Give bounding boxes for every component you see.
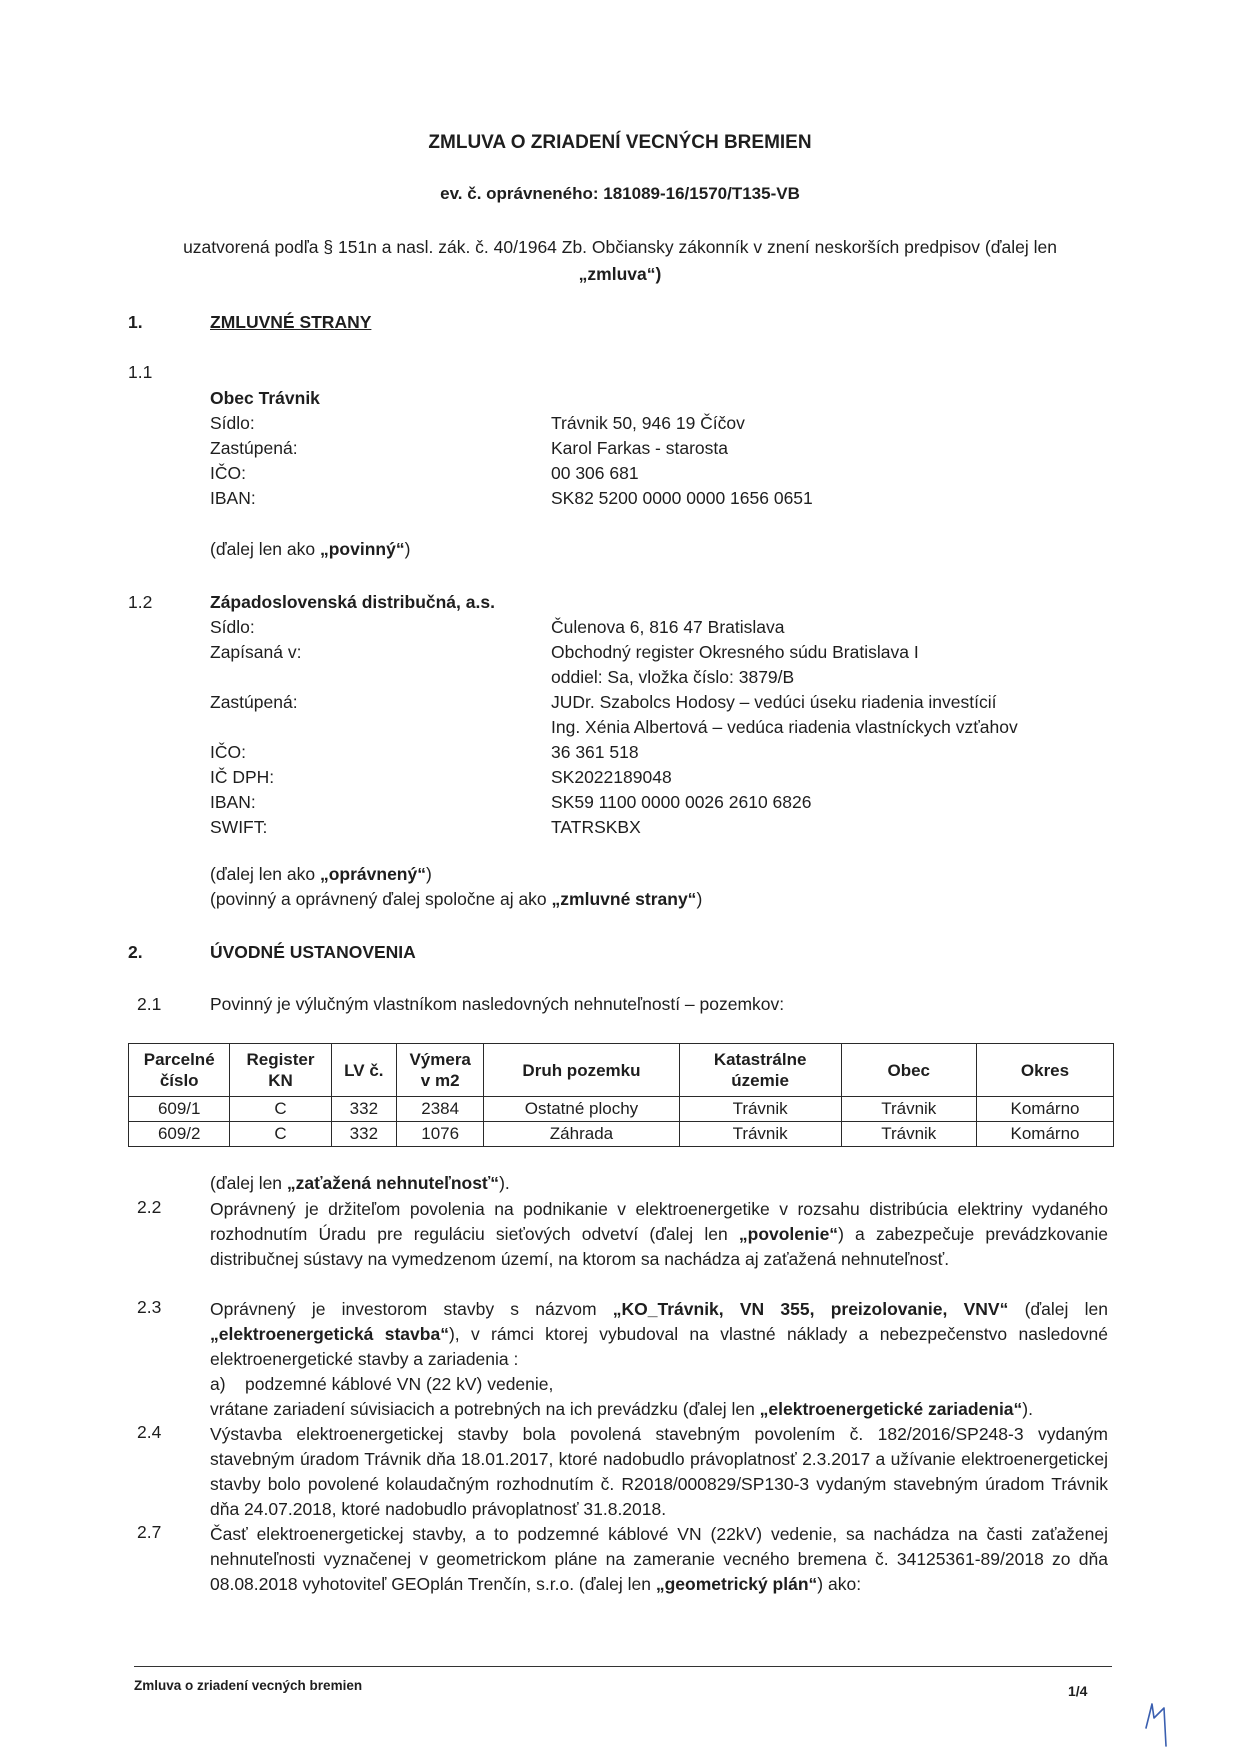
party-1-number: 1.1 <box>128 362 152 383</box>
table-cell: 609/1 <box>129 1097 230 1122</box>
section-1-number: 1. <box>128 312 143 333</box>
party-2-field-value: SK2022189048 <box>551 767 672 788</box>
table-cell: Trávnik <box>841 1122 976 1147</box>
paragraph-2-1-number: 2.1 <box>137 994 161 1015</box>
party-1-field-value: Trávnik 50, 946 19 Číčov <box>551 413 745 434</box>
footer-document-name: Zmluva o zriadení vecných bremien <box>134 1678 362 1693</box>
column-header: Druh pozemku <box>484 1044 680 1097</box>
party-2-name: Západoslovenská distribučná, a.s. <box>210 592 495 613</box>
paragraph-2-4-text: Výstavba elektroenergetickej stavby bola… <box>210 1422 1108 1522</box>
column-header: Okres <box>977 1044 1114 1097</box>
party-2-field-label: IBAN: <box>210 792 256 813</box>
after-table-note: (ďalej len „zaťažená nehnuteľnosť“). <box>210 1173 510 1194</box>
party-1-alias: (ďalej len ako „povinný“) <box>210 539 410 560</box>
party-2-field-value: Obchodný register Okresného súdu Bratisl… <box>551 642 919 663</box>
paragraph-2-3-number: 2.3 <box>137 1297 161 1318</box>
column-header: Parcelnéčíslo <box>129 1044 230 1097</box>
initials-signature-icon <box>1140 1700 1180 1753</box>
column-header: Katastrálneúzemie <box>679 1044 841 1097</box>
paragraph-2-7-number: 2.7 <box>137 1522 161 1543</box>
paragraph-2-4-number: 2.4 <box>137 1422 161 1443</box>
party-2-field-value: 36 361 518 <box>551 742 639 763</box>
party-1-field-value: Karol Farkas - starosta <box>551 438 728 459</box>
alias-zmluvne-strany: „zmluvné strany“ <box>552 889 697 909</box>
footer-divider <box>134 1666 1112 1667</box>
party-2-field-label: Zapísaná v: <box>210 642 301 663</box>
party-1-field-value: 00 306 681 <box>551 463 639 484</box>
table-cell: C <box>230 1097 331 1122</box>
column-header: LV č. <box>331 1044 397 1097</box>
party-1-field-label: IBAN: <box>210 488 256 509</box>
parcels-table-header: ParcelnéčísloRegisterKNLV č.Výmerav m2Dr… <box>129 1044 1114 1097</box>
party-2-field-value: SK59 1100 0000 0026 2610 6826 <box>551 792 811 813</box>
table-cell: Trávnik <box>679 1122 841 1147</box>
party-1-field-label: Sídlo: <box>210 413 255 434</box>
party-2-field-value: TATRSKBX <box>551 817 641 838</box>
paragraph-2-2-text: Oprávnený je držiteľom povolenia na podn… <box>210 1197 1108 1272</box>
column-header: Výmerav m2 <box>397 1044 484 1097</box>
table-cell: 332 <box>331 1097 397 1122</box>
table-cell: C <box>230 1122 331 1147</box>
table-cell: Komárno <box>977 1097 1114 1122</box>
registration-number: ev. č. oprávneného: 181089-16/1570/T135-… <box>0 184 1240 204</box>
paragraph-2-1-text: Povinný je výlučným vlastníkom nasledovn… <box>210 994 784 1015</box>
parcels-table: ParcelnéčísloRegisterKNLV č.Výmerav m2Dr… <box>128 1043 1114 1147</box>
party-1-name: Obec Trávnik <box>210 388 320 409</box>
table-cell: 609/2 <box>129 1122 230 1147</box>
document-title: ZMLUVA O ZRIADENÍ VECNÝCH BREMIEN <box>0 132 1240 154</box>
party-1-field-value: SK82 5200 0000 0000 1656 0651 <box>551 488 813 509</box>
table-cell: Ostatné plochy <box>484 1097 680 1122</box>
party-2-field-label: IČ DPH: <box>210 767 274 788</box>
party-2-field-value: oddiel: Sa, vložka číslo: 3879/B <box>551 667 794 688</box>
page-number: 1/4 <box>1068 1683 1087 1699</box>
table-cell: Trávnik <box>679 1097 841 1122</box>
paragraph-2-3-text: Oprávnený je investorom stavby s názvom … <box>210 1297 1108 1422</box>
column-header: Obec <box>841 1044 976 1097</box>
column-header: RegisterKN <box>230 1044 331 1097</box>
section-2-number: 2. <box>128 942 143 963</box>
intro-line-1: uzatvorená podľa § 151n a nasl. zák. č. … <box>150 234 1090 261</box>
joint-alias: (povinný a oprávnený ďalej spoločne aj a… <box>210 889 702 910</box>
alias-povinny: „povinný“ <box>320 539 405 559</box>
party-2-field-label: SWIFT: <box>210 817 267 838</box>
party-1-field-label: IČO: <box>210 463 246 484</box>
party-2-field-value: Ing. Xénia Albertová – vedúca riadenia v… <box>551 717 1018 738</box>
table-row: 609/2C3321076ZáhradaTrávnikTrávnikKomárn… <box>129 1122 1114 1147</box>
paragraph-2-7-text: Časť elektroenergetickej stavby, a to po… <box>210 1522 1108 1597</box>
parcels-table-body: 609/1C3322384Ostatné plochyTrávnikTrávni… <box>129 1097 1114 1147</box>
party-1-field-label: Zastúpená: <box>210 438 298 459</box>
table-cell: Trávnik <box>841 1097 976 1122</box>
party-2-field-label: IČO: <box>210 742 246 763</box>
party-2-number: 1.2 <box>128 592 152 613</box>
list-item-a: a) podzemné káblové VN (22 kV) vedenie, <box>210 1372 1108 1397</box>
party-2-field-label: Sídlo: <box>210 617 255 638</box>
table-cell: 2384 <box>397 1097 484 1122</box>
party-2-field-label: Zastúpená: <box>210 692 298 713</box>
paragraph-2-3-tail: vrátane zariadení súvisiacich a potrebný… <box>210 1397 1108 1422</box>
table-cell: 332 <box>331 1122 397 1147</box>
table-row: 609/1C3322384Ostatné plochyTrávnikTrávni… <box>129 1097 1114 1122</box>
section-1-title: ZMLUVNÉ STRANY <box>210 312 371 333</box>
paragraph-2-2-number: 2.2 <box>137 1197 161 1218</box>
alias-opravneny: „oprávnený“ <box>320 864 426 884</box>
party-2-alias: (ďalej len ako „oprávnený“) <box>210 864 432 885</box>
section-2-title: ÚVODNÉ USTANOVENIA <box>210 942 416 963</box>
alias-zatazena-nehnutelnost: „zaťažená nehnuteľnosť“ <box>287 1173 499 1193</box>
table-cell: Komárno <box>977 1122 1114 1147</box>
table-cell: 1076 <box>397 1122 484 1147</box>
party-2-field-value: JUDr. Szabolcs Hodosy – vedúci úseku ria… <box>551 692 997 713</box>
party-2-field-value: Čulenova 6, 816 47 Bratislava <box>551 617 784 638</box>
intro-paragraph: uzatvorená podľa § 151n a nasl. zák. č. … <box>150 234 1090 288</box>
table-cell: Záhrada <box>484 1122 680 1147</box>
intro-line-2: „zmluva“) <box>150 261 1090 288</box>
